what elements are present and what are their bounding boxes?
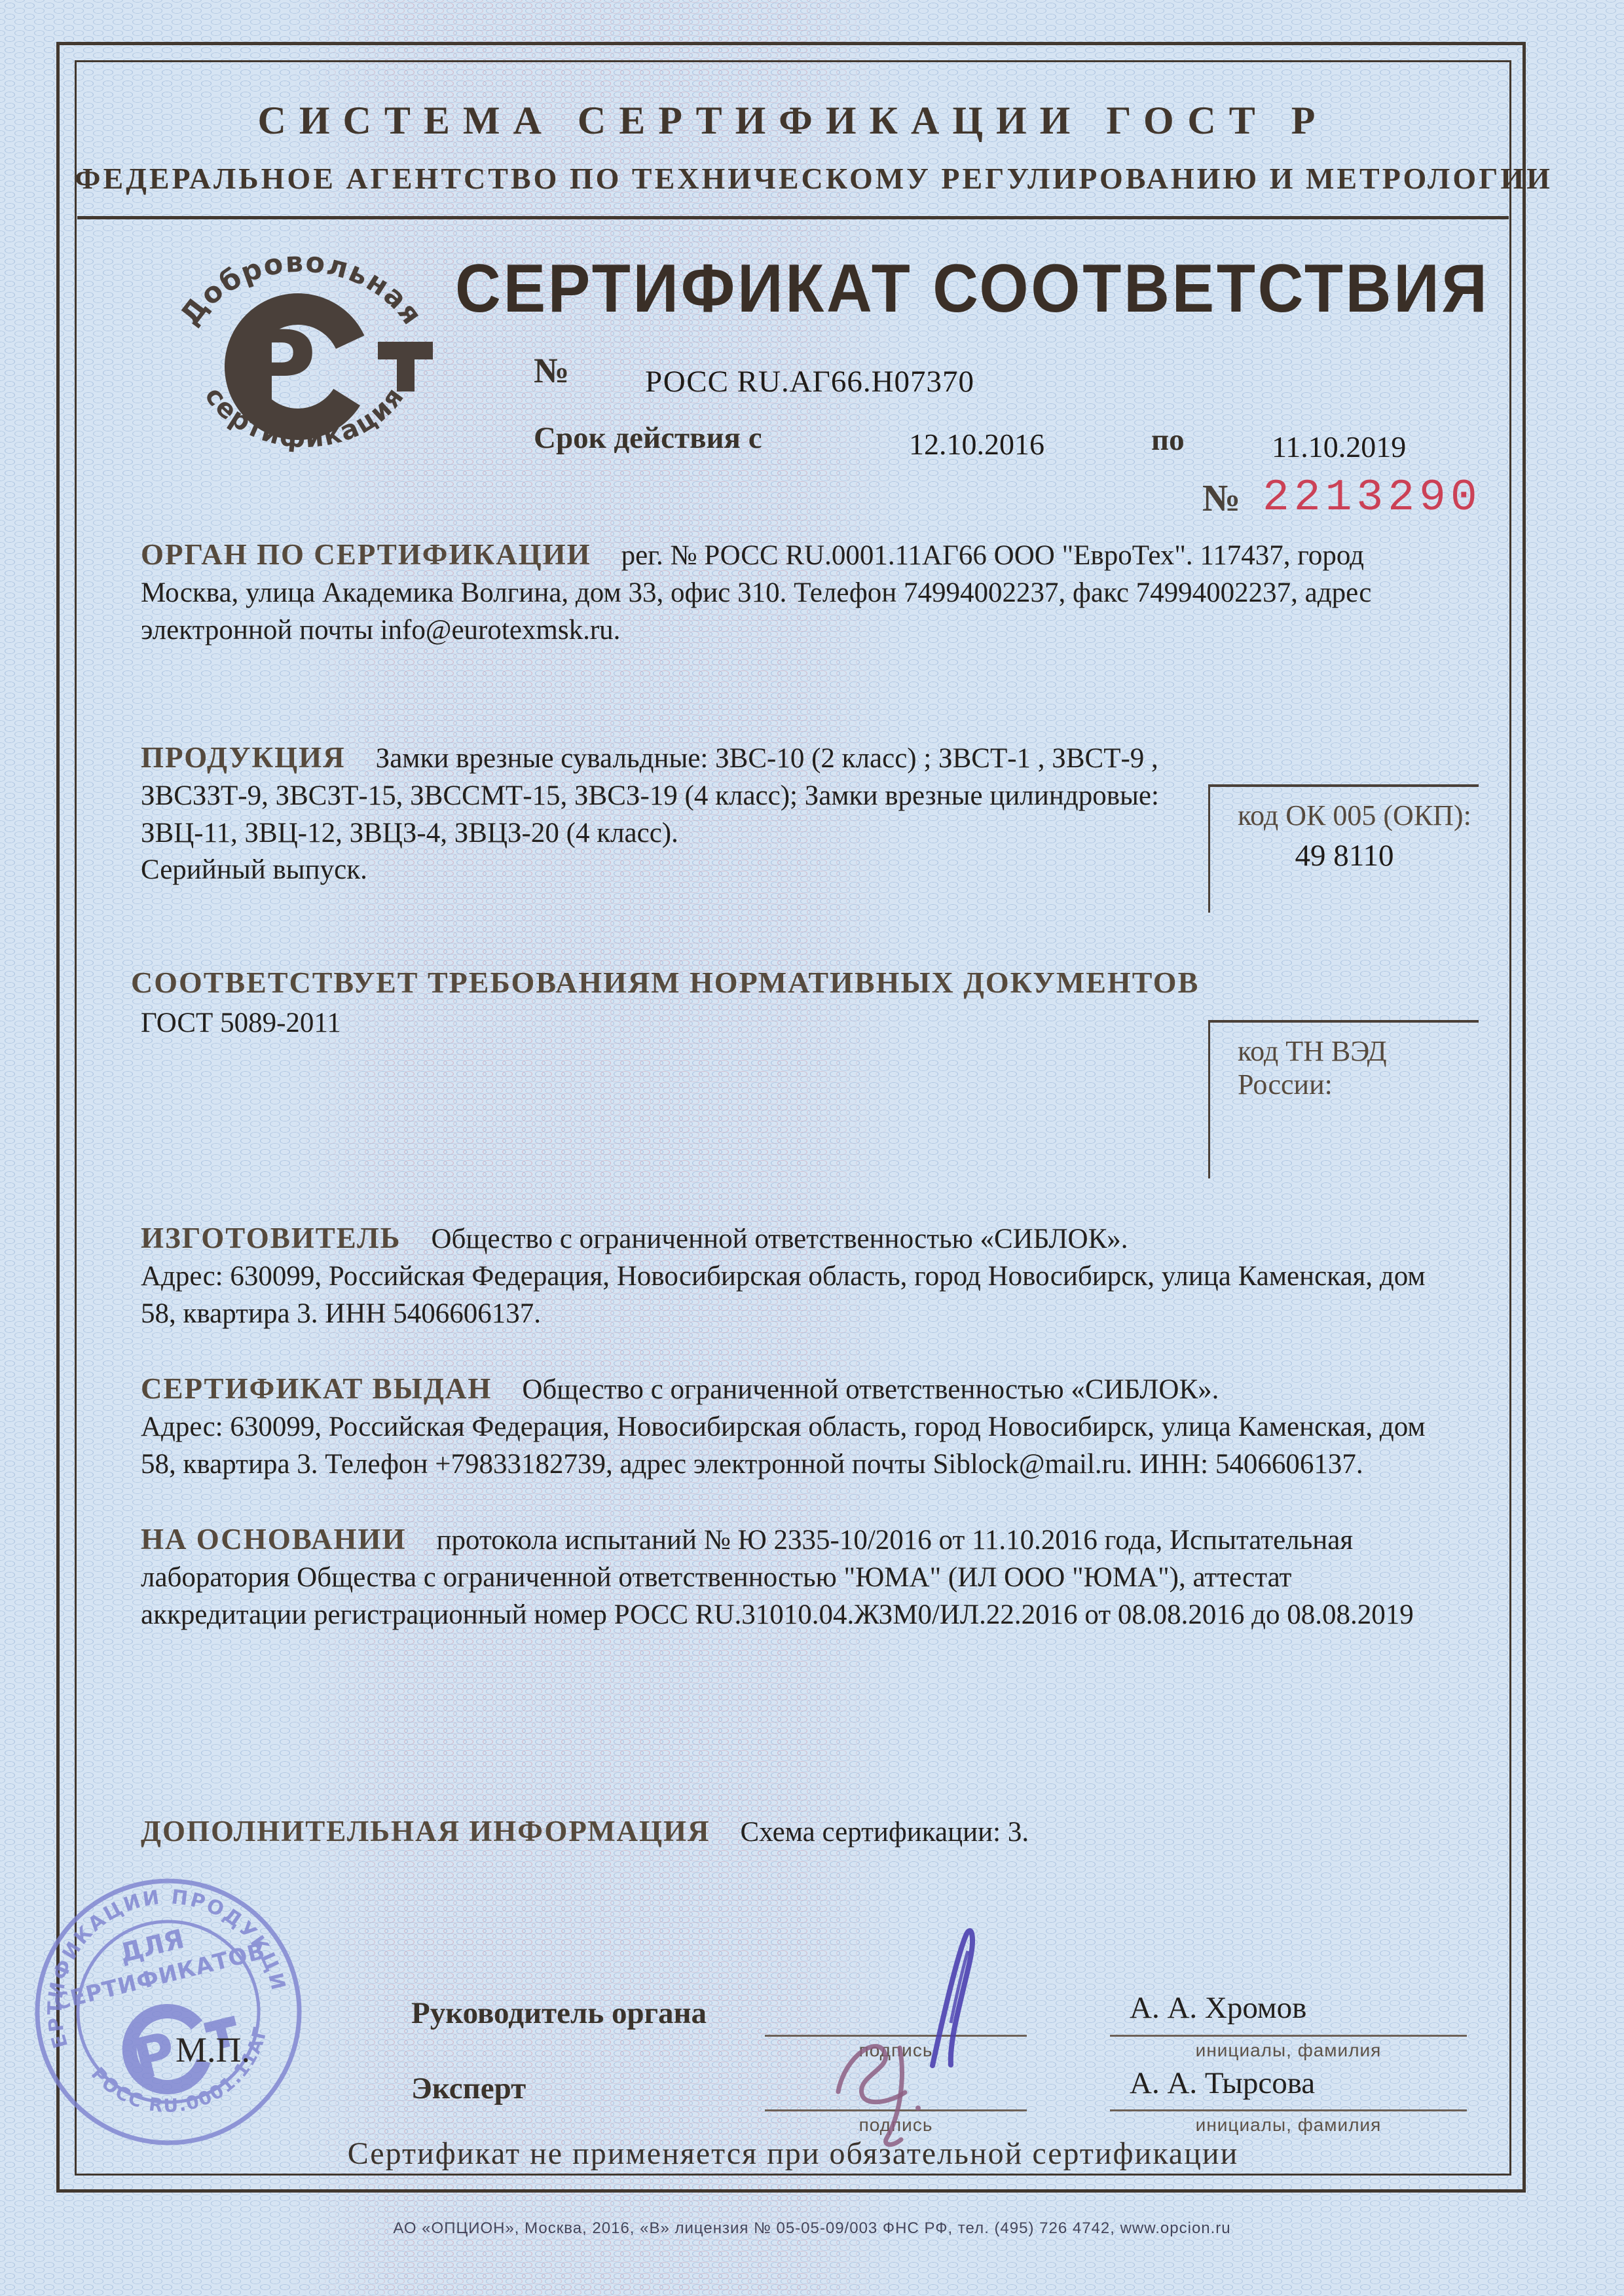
logo-t-stem <box>397 342 415 392</box>
expert-name-caption: инициалы, фамилия <box>1110 2115 1467 2136</box>
manufacturer-name: Общество с ограниченной ответственностью… <box>431 1224 1128 1254</box>
system-title: СИСТЕМА СЕРТИФИКАЦИИ ГОСТ Р <box>75 98 1511 143</box>
section-issued-to: СЕРТИФИКАТ ВЫДАНОбщество с ограниченной … <box>141 1370 1464 1483</box>
head-name-caption: инициалы, фамилия <box>1110 2040 1467 2061</box>
expert-signature-ink <box>819 2030 1002 2154</box>
validity-from-date: 12.10.2016 <box>909 427 1044 462</box>
section-manufacturer: ИЗГОТОВИТЕЛЬОбщество с ограниченной отве… <box>141 1219 1464 1332</box>
conformity-heading: СООТВЕТСТВУЕТ ТРЕБОВАНИЯМ НОРМАТИВНЫХ ДО… <box>131 965 1199 1000</box>
issued-to-name: Общество с ограниченной ответственностью… <box>522 1374 1219 1405</box>
section-additional-info: ДОПОЛНИТЕЛЬНАЯ ИНФОРМАЦИЯСхема сертифика… <box>141 1812 1464 1851</box>
basis-heading: НА ОСНОВАНИИ <box>141 1523 407 1556</box>
blank-number-value: 2213290 <box>1263 473 1482 523</box>
tnved-code-label: код ТН ВЭД России: <box>1210 1023 1479 1101</box>
certification-body-heading: ОРГАН ПО СЕРТИФИКАЦИИ <box>141 538 591 571</box>
expert-name: А. А. Тырсова <box>1130 2066 1315 2101</box>
okp-code-value: 49 8110 <box>1210 838 1479 873</box>
mp-seal-label: М.П. <box>175 2030 250 2070</box>
manufacturer-heading: ИЗГОТОВИТЕЛЬ <box>141 1222 401 1254</box>
head-of-body-label: Руководитель органа <box>411 1995 707 2031</box>
additional-info-text: Схема сертификации: 3. <box>741 1817 1029 1848</box>
issued-to-heading: СЕРТИФИКАТ ВЫДАН <box>141 1372 492 1405</box>
okp-code-label: код ОК 005 (ОКП): <box>1210 787 1479 832</box>
tnved-code-box: код ТН ВЭД России: <box>1208 1020 1479 1178</box>
section-certification-body: ОРГАН ПО СЕРТИФИКАЦИИрег. № РОСС RU.0001… <box>141 536 1464 649</box>
production-heading: ПРОДУКЦИЯ <box>141 741 346 774</box>
stamp-rst-p: Р <box>127 2020 183 2093</box>
expert-name-line <box>1110 2109 1467 2111</box>
bottom-note: Сертификат не применяется при обязательн… <box>75 2136 1511 2172</box>
validity-label: Срок действия с <box>534 420 762 456</box>
section-basis: НА ОСНОВАНИИпротокола испытаний № Ю 2335… <box>141 1520 1464 1633</box>
certificate-title: СЕРТИФИКАТ СООТВЕТСТВИЯ <box>455 250 1490 328</box>
okp-code-box: код ОК 005 (ОКП): 49 8110 <box>1208 784 1479 913</box>
cert-number-value: РОСС RU.АГ66.Н07370 <box>645 364 974 399</box>
certificate-page: СИСТЕМА СЕРТИФИКАЦИИ ГОСТ Р ФЕДЕРАЛЬНОЕ … <box>0 0 1624 2296</box>
cert-number-label: № <box>534 350 569 391</box>
manufacturer-address: Адрес: 630099, Российская Федерация, Нов… <box>141 1261 1426 1329</box>
agency-title: ФЕДЕРАЛЬНОЕ АГЕНТСТВО ПО ТЕХНИЧЕСКОМУ РЕ… <box>75 161 1511 196</box>
conformity-standard: ГОСТ 5089-2011 <box>141 1007 341 1039</box>
head-name-line <box>1110 2035 1467 2037</box>
logo-p-letter: Р <box>244 310 316 424</box>
print-house-footer: АО «ОПЦИОН», Москва, 2016, «В» лицензия … <box>0 2219 1624 2238</box>
section-production: ПРОДУКЦИЯЗамки врезные сувальдные: ЗВС-1… <box>141 738 1202 889</box>
header-divider <box>77 216 1509 219</box>
head-name: А. А. Хромов <box>1130 1990 1306 2026</box>
issued-to-address: Адрес: 630099, Российская Федерация, Нов… <box>141 1412 1426 1480</box>
expert-label: Эксперт <box>411 2071 526 2106</box>
blank-number-label: № <box>1202 476 1240 520</box>
validity-to-label: по <box>1151 422 1185 458</box>
rst-logo-icon: Добровольная сертификация Р <box>147 229 455 491</box>
validity-to-date: 11.10.2019 <box>1272 429 1406 464</box>
production-serial-text: Серийный выпуск. <box>141 854 367 885</box>
